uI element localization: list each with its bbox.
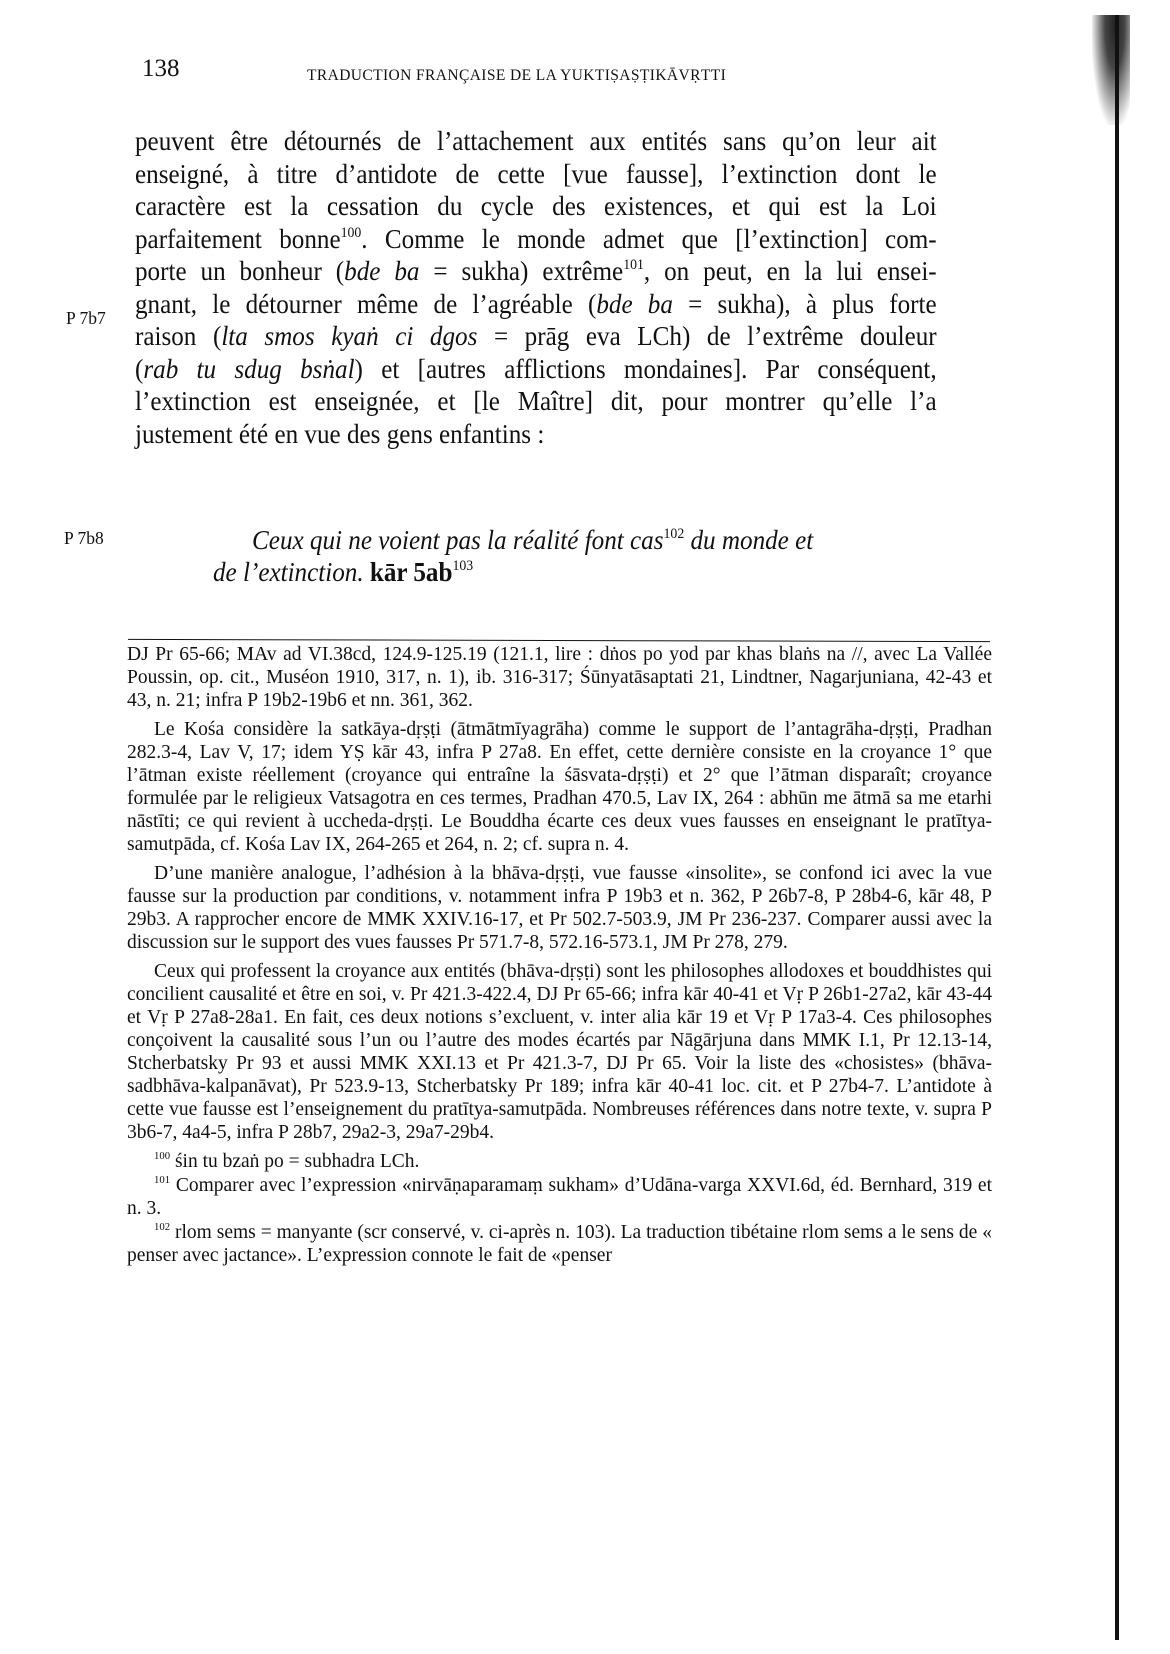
footnote-separator [128,639,990,642]
page-number: 138 [142,55,180,83]
text-line: peuvent être détournés de l’attachement … [135,125,937,158]
main-text: peuvent être détournés de l’attachement … [135,125,937,450]
footnote-ref[interactable]: 100 [341,224,362,240]
footnote-paragraph: Le Kośa considère la satkāya-dṛṣṭi (ātmā… [127,718,992,856]
verse-line: Ceux qui ne voient pas la réalité font c… [213,524,813,556]
footnote-continuation: DJ Pr 65-66; MAv ad VI.38cd, 124.9-125.1… [127,643,992,712]
margin-reference: P 7b7 [66,308,106,329]
text-line: porte un bonheur (bde ba = sukha) extrêm… [135,255,937,288]
text-line: justement été en vue des gens enfantins … [135,418,937,451]
footnote-ref[interactable]: 101 [623,257,644,273]
footnote-102: 102 rlom sems = manyante (scr conservé, … [127,1221,992,1267]
footnote-paragraph: D’une manière analogue, l’adhésion à la … [127,862,992,954]
binding-edge [1115,15,1119,1640]
footnote-paragraph: Ceux qui professent la croyance aux enti… [127,960,992,1144]
footnote-100: 100 śin tu bzaṅ po = subhadra LCh. [127,1150,992,1173]
text-line: caractère est la cessation du cycle des … [135,190,937,223]
karika-verse: Ceux qui ne voient pas la réalité font c… [213,524,813,588]
margin-reference: P 7b8 [64,528,104,549]
binding-shadow [1092,15,1130,125]
footnote-ref[interactable]: 102 [664,526,685,542]
text-line: parfaitement bonne100. Comme le monde ad… [135,223,937,256]
text-line: gnant, le détourner même de l’agréable (… [135,288,937,321]
footnotes: DJ Pr 65-66; MAv ad VI.38cd, 124.9-125.1… [127,643,992,1268]
text-line: l’extinction est enseignée, et [le Maîtr… [135,385,937,418]
footnote-ref[interactable]: 103 [452,558,473,574]
text-line: enseigné, à titre d’antidote de cette [v… [135,158,937,191]
text-line: raison (lta smos kyaṅ ci dgos = prāg eva… [135,320,937,353]
running-title: TRADUCTION FRANÇAISE DE LA YUKTIṢAṢṬIKĀV… [307,67,726,85]
text-line: (rab tu sdug bsṅal) et [autres afflictio… [135,353,937,386]
footnote-101: 101 Comparer avec l’expression «nirvāṇap… [127,1174,992,1220]
verse-line: de l’extinction. kār 5ab103 [213,557,473,587]
